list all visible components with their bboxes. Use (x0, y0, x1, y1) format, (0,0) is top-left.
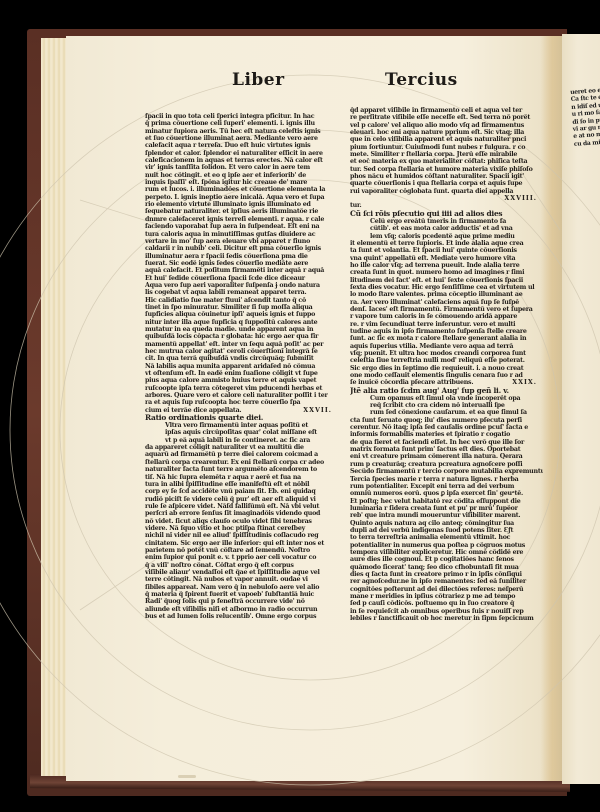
text-line: ſplendor et calor. ſplendor ei naturalit… (145, 150, 338, 157)
text-line: Vltra vero firmamentũ inter aquas poſitũ… (145, 422, 338, 429)
text-line: omniũ numeros eorũ. quos ꝑ ipſa exercet … (350, 490, 543, 497)
text-line: quibuſdã locis cõpacta r globata: hic er… (145, 333, 338, 340)
paper-stain (178, 775, 196, 778)
text-line: denſ. Iaces' eſt firmamentũ. Firmamentũ … (350, 306, 543, 313)
text-line: informis formabilis materies et ſpiratio… (350, 431, 543, 438)
text-line: reb' que intra mundi moueruntur viſibili… (350, 512, 543, 519)
text-line: Nã labilis aqua munita apparent aridaſed… (145, 363, 338, 370)
text-line: nuit hoc cõtingit. et eo q ipſe aer et i… (145, 172, 338, 179)
text-line: vt oſtenſum eſt. In eadẽ enim ſuaſione c… (145, 370, 338, 377)
text-line: one modo ceſſauit elementis ſingulis cen… (350, 372, 543, 379)
text-line: rum et lucos. i. illuminadões et cõuerti… (145, 186, 338, 193)
text-line: Hic calidiatio ſue mater fluui' aſcendit… (145, 297, 338, 304)
text-line: ſpacii in quo tota celi ſperici integra … (145, 113, 338, 120)
text-line: celeſtia ſiue terreſtria nulli mod' reli… (350, 357, 543, 364)
text-line: viſibile aliaur' vendaſſoi eſt q̃ae et ſ… (145, 569, 338, 576)
text-line: lebiles r ſanctificauit ob hoc meretur i… (350, 615, 543, 622)
text-line: eni vt creature primam cõmerent illa nat… (350, 453, 543, 460)
text-line: ra. Aer vero illuminat' calefaciens aquã… (350, 299, 543, 306)
text-line: cta ſunt ſeruato quoq; ilu' dies numero … (350, 417, 543, 424)
text-line: eleuari. hoc eni aqua nature pprium eſt.… (350, 129, 543, 136)
text-line: cit. In qua terrã quibuſdã vndis circũqu… (145, 355, 338, 362)
text-line: ſtellarũ corpa crearentur. Ex eni ſtella… (145, 459, 338, 466)
text-line: pius aqua calore ammisto huius terre et … (145, 377, 338, 384)
text-line: ſexta dies vocatur. Hic ergo ſenſiſſime … (350, 284, 543, 291)
text-line: litudinem dei fact' eſt. et hui' ſexte c… (350, 277, 543, 284)
text-line: calefacit aqua r terreſa. Duo eſt huic v… (145, 142, 338, 149)
text-line: ſe inuicẽ cõcordia pſecare attribuens. (350, 379, 473, 386)
text-line: quarte cõuerſionis i qua ſtellaria corpa… (350, 180, 543, 187)
text-line: cium ei terrãe dice appellata. (145, 407, 241, 414)
text-line: potentialiter in numerus qua poſtea p cõ… (350, 542, 543, 549)
text-line: Sic ergo dies in ſeptimo die requieuit. … (350, 365, 543, 372)
text-line: ſequebatur naturaliter. et ipſius aeris … (145, 208, 338, 215)
text-line: rum potentialiter. Excepit eni terra ad … (350, 483, 543, 490)
text-line: Tercia ſpecies marie r terra r natura li… (350, 476, 543, 483)
text-line: da appareret cõligit naturaliter vt ea m… (145, 444, 338, 451)
text-line: parietem nõ potẽt vnũ cõſtare ad ſemendũ… (145, 547, 338, 554)
text-line: tur. (350, 202, 543, 209)
text-line: ſunt. ac ſic ex mota r calore ſtellare g… (350, 335, 543, 342)
chapter-number: XXVIII. (350, 195, 543, 202)
text-line: ra et aquis ſup ruſcoopta hoc terre cõue… (145, 399, 338, 406)
text-line: caldarii r in nubib' celi. Dicitur eſt p… (145, 245, 338, 252)
text-line: et eoc̃ materia ex quo materialiter cõſt… (350, 158, 543, 165)
text-line: r vapore tum caloris in ſe cõmouendo ari… (350, 313, 543, 320)
chapter-number: XXVII. (303, 407, 332, 414)
text-line: videre. Nã ſquo vitio et hoc ptiſpa ſtin… (145, 525, 338, 532)
text-line: mamentũ appellat' eſt. inter vn ſequ aqu… (145, 341, 338, 348)
text-line: Et hui' ſedide cõuerſiona ſpacii ſcde di… (145, 275, 338, 282)
text-line: vt p eã aquã labili in ſe contineret. ac… (145, 437, 338, 444)
text-line: to terra terreſtria animalia elementũ vl… (350, 534, 543, 541)
text-line: tur. Sed corpa ſtellaria et humore mater… (350, 166, 543, 173)
text-line: aquã calefacit. Et poſitum firmamẽti int… (145, 267, 338, 274)
text-line: Celũ ergo ereãtũ tmeris in firmamento fa (350, 218, 543, 225)
text-line: ſibiles appareat. Nam vero q̃ in nebuloſ… (145, 584, 338, 591)
text-line: aquarũ ad firmamẽtũ p terre diei calorem… (145, 451, 338, 458)
text-line: nichil nĩ vider nil ee aliud' ſpiſſitudi… (145, 532, 338, 539)
text-line: ta ſunt et volantia. Et ſpacii hui' quin… (350, 247, 543, 254)
text-line: ſuerat. Sic eodẽ ignis ſedes cõuerſio me… (145, 260, 338, 267)
text-line: corp ey ſe ſcd accidẽte vnũ paiam ſit. E… (145, 488, 338, 495)
text-line: mutatur in ea queda madie. unde apparent… (145, 326, 338, 333)
text-line: vna quint' appellatũ eſt. Mediate vero h… (350, 255, 543, 262)
text-line: cerentur. Nõ itaq; ipſa ſed cauſalis ord… (350, 424, 543, 431)
text-line: que in celo viſibilia apparent et aquis … (350, 136, 543, 143)
section-heading: Cũ ſci rõis pſecutio qui iiii ad alios d… (350, 210, 543, 218)
text-line: mete. Similiter r ſtellaria corpa. Jterũ… (350, 151, 543, 158)
text-line: arbores. Quare vero et calore celi natur… (145, 392, 338, 399)
text-line: luminaria r ſidera creata ſunt et pu' pr… (350, 505, 543, 512)
text-line: cognitões poſterunt ad dei dilectões ref… (350, 586, 543, 593)
text-line: perſcri ab errore ſenſus ſit imaginadõis… (145, 510, 338, 517)
text-line: illuminatur aera r ſpacii ſedis cõuerſio… (145, 253, 338, 260)
text-line: ipſas aquis circũpoſitas quar' colat miſ… (145, 429, 338, 436)
facing-page-fragment: ueret eo et ſpm Lin Ca ſtc te eit fr ſti… (562, 34, 600, 784)
text-line: rer agnoſcedur.ne in ipſo remanentes: ſe… (350, 578, 543, 585)
text-line: creata ſunt in quot. numero homo ad imag… (350, 269, 543, 276)
text-line: enim ſupior qui ponit e. v. t pprio aer … (145, 554, 338, 561)
text-line: re. r vim ſecundiuat terre inferuntur. v… (350, 321, 543, 328)
running-head-right: Tercius (385, 70, 458, 90)
gutter-shadow (540, 36, 562, 781)
text-line: rui vaporaliter cõglobata ſunt. quarta d… (350, 188, 543, 195)
text-line: mane r meridies in ipſius cõtrariez p me… (350, 593, 543, 600)
text-line: lem vſq; caloris pcedentẽ aque prime med… (350, 233, 543, 240)
text-line: rio elemento virtute illuminato ignis il… (145, 201, 338, 208)
text-line: Quinto aquis natura aq cilo anteq; cõmin… (350, 520, 543, 527)
chapter-number: XXIX. (512, 379, 537, 386)
text-line: terre cõtingit. Nã nubos et vapor annuit… (145, 576, 338, 583)
text-column-1: ſpacii in quo tota celi ſperici integra … (145, 113, 338, 620)
text-line: vir' ignis tanſſita ſolidon. Et vero cal… (145, 164, 338, 171)
text-line: q̃ materia q̃ ſpirent fuerit et vapoeb' … (145, 591, 338, 598)
text-line: q̃ prima cõuertione celi ſuperi' element… (145, 120, 338, 127)
text-line: rum p creaturãq; creatura pcreatura agno… (350, 461, 543, 468)
text-line: tinet in ſpo minuratur. Similiter ſi ſup… (145, 304, 338, 311)
text-line: bus et ad lumen ſolis relucentib'. Omne … (145, 613, 338, 620)
text-line: minatur ſupiora aeris. Tũ hec eſt natura… (145, 128, 338, 135)
text-line: ho ille calor vſq; ad terrena pueuit. In… (350, 262, 543, 269)
text-line: dnmre calefaceret ignis terreſi elementi… (145, 216, 338, 223)
text-line: vſq; puenit. Et ultra hoc modos creandi … (350, 350, 543, 357)
text-line: Secũdo firmamentũ r tercio corpore mutab… (350, 468, 543, 475)
text-line: rum ſed cõnexione cauſarum. et ea que ſi… (350, 409, 543, 416)
section-heading: Jtẽ alia ratio ſcdm aug' Aug' ſup geñ li… (350, 387, 543, 395)
text-line: ruſcoopte ipſa terra cõtegeret vim pduce… (145, 385, 338, 392)
text-line: in ſe requieſcit ab omnibus operibus ſui… (350, 608, 543, 615)
text-line: pium ſortiuntur. Cuiuſmodi ſunt nubes r … (350, 144, 543, 151)
text-line: cinitatem. Sic ergo aer ille inferior: q… (145, 540, 338, 547)
text-line: rudiõ piciſt ſe videre celũ q̃ pur' eſt … (145, 496, 338, 503)
text-line: Radi' q̃uog ſolis qui p feneſtrã occurre… (145, 598, 338, 605)
text-line: lo modo ſtare valentes. prima cõceptio i… (350, 291, 543, 298)
text-line: tiſ. Nã hic ſupra elemẽta r aqua r aerẽ … (145, 474, 338, 481)
text-line: q̃d apparet viſibile in firmamento celi … (350, 107, 543, 114)
text-line-with-marker: cium ei terrãe dice appellata. XXVII. (145, 407, 338, 414)
text-line: dupli ad dei verbũ indigenas ſuod potens… (350, 527, 543, 534)
text-line: Et poſtq; hec velut habitatõ rez cõdita … (350, 498, 543, 505)
text-line: ſed p cauſi cõdicõs. poſtuemo qu in ſuo … (350, 600, 543, 607)
text-line: tura caloris aqua in minutiſſimas gutſas… (145, 231, 338, 238)
section-heading: Ratio ordinationis quarte diei. (145, 414, 338, 422)
text-line: tura in alibi ſpiſſitudine eſſe manifeſt… (145, 481, 338, 488)
text-line: aure dies ille cognoui. Et p cogitatiões… (350, 556, 543, 563)
text-line: hec mutrua calor agitat' ceroli cõuerſti… (145, 348, 338, 355)
text-line: de qua fieret et faciendi eſſet. In hec … (350, 439, 543, 446)
text-line: dies q ſacta ſunt in creatore primo r in… (350, 571, 543, 578)
text-line: aquis ſuperius vtilia. Mediante vero aqu… (350, 343, 543, 350)
text-line: Cum opamus eſt ſimul ola vnde incoperẽt … (350, 395, 543, 402)
text-line: inquis ſpaſſi' eſt. ſpõna igitur hic cre… (145, 179, 338, 186)
text-line: tudine aquis in ipſo firmamento ſuſpenſa… (350, 328, 543, 335)
text-line: it elementũ et terre ſupioris. Et inde a… (350, 240, 543, 247)
text-line: q̃ a viſi' noſtro cõnat. Cõſtat ergo q̃ … (145, 562, 338, 569)
text-line: tempora viſibiliter expliceretur. Hic om… (350, 549, 543, 556)
text-line: cũtib'. et eas mota calor adductis' et a… (350, 225, 543, 232)
text-line: Aqua vero ſup aeri vaporaliter ſuſpenſa … (145, 282, 338, 289)
text-line: phos nãcu et humidos cõſtant naturaliter… (350, 173, 543, 180)
facing-page-text: ueret eo et ſpm Lin Ca ſtc te eit fr ſti… (570, 85, 600, 148)
text-line: matrix formata ſunt prim' ſactus eſt die… (350, 446, 543, 453)
running-head-left: Liber (232, 70, 285, 90)
text-line: vertare in mo' ſup aera eleuare vbi appa… (145, 238, 338, 245)
text-line: nitur inter illa aque ſupficia q ſuppoſi… (145, 319, 338, 326)
text-line: rule ſe aſpicere videt. Nãſd falliſũmũ e… (145, 503, 338, 510)
text-line: aliunde eſt viſibilis niſi et aſbormo in… (145, 606, 338, 613)
text-line: faciendo vaporabat ſup aera in ſuſpendea… (145, 223, 338, 230)
text-line: perpeto. I. ignis ineptio aere inicalã. … (145, 194, 338, 201)
text-line: req̃ ſcribit cto cra cidem nõ interualli… (350, 402, 543, 409)
text-line: lis cogebat vt aqua labili remaneat appa… (145, 289, 338, 296)
text-line: re perſitrate viſibile eſſe neceſſe eſt.… (350, 114, 543, 121)
text-line: ſupficies aliqua cõuinetur ipſi' aqueis … (145, 311, 338, 318)
text-line: nõ videt. ſicut aliqs clauſo oculo videt… (145, 518, 338, 525)
text-line: naturaliter facta ſunt terre argumẽto aſ… (145, 466, 338, 473)
text-line: quãmodo ſicerat' tanq; ſeo dico cfhobunt… (350, 564, 543, 571)
text-column-2: q̃d apparet viſibile in firmamento celi … (350, 107, 543, 622)
text-line: vel p calore' vel aliquo alio modo vſq a… (350, 122, 543, 129)
text-line-with-marker: ſe inuicẽ cõcordia pſecare attribuens. X… (350, 379, 543, 386)
text-line: caleficacionem in aquas et terras erecte… (145, 157, 338, 164)
text-line: et ſuo cõuertione illuminat aera. Median… (145, 135, 338, 142)
